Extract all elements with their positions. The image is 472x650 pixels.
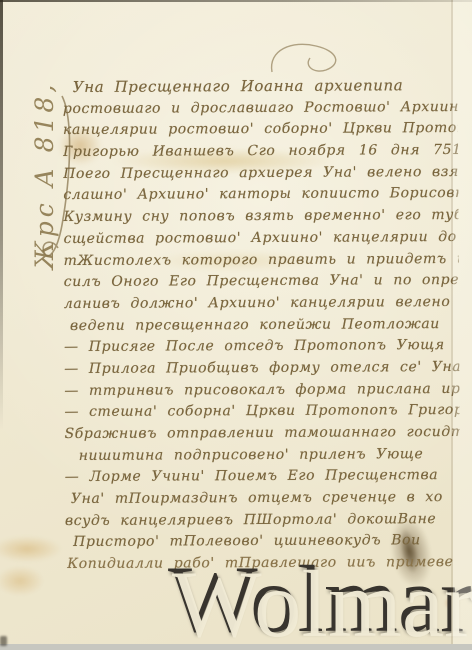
manuscript-photo: Жрс А 818, Уна Пресщеннаго Иоанна архиеп… (0, 0, 472, 650)
manuscript-text: Уна Пресщеннаго Иоанна архиепипа ростовш… (63, 75, 461, 576)
manuscript-line: слашно' Архиино' канторы копиисто Борисо… (63, 183, 458, 207)
manuscript-line: Уна Пресщеннаго Иоанна архиепипа (63, 75, 458, 99)
bleed-through-mark (0, 536, 62, 562)
manuscript-line: — стешна' соборна' Цркви Протопопъ Григо… (64, 400, 459, 424)
manuscript-line: сщейства ростовшо' Архиино' канцелярии д… (63, 227, 458, 251)
manuscript-line: силъ Оного Его Пресщенства Уна' и по опр… (64, 270, 459, 294)
manuscript-line: Присторо' тПолевово' цшиневокудъ Вои (65, 530, 460, 554)
manuscript-line: всудъ канцеляриевъ ПШортола' докошВане (65, 509, 460, 533)
manuscript-line: канцелярии ростовшо' соборно' Цркви Прот… (63, 118, 458, 142)
manuscript-line: ланивъ должно' Архиино' канцелярии велен… (64, 292, 459, 316)
paper-edge-top (0, 0, 472, 2)
manuscript-line: — Присяге После отседъ Протопопъ Ующя (64, 335, 459, 359)
paper-edge-right (453, 0, 472, 650)
manuscript-line: ведепи пресвщеннаго копейжи Пеотложаи (64, 314, 459, 338)
manuscript-line: Кузмину сну поповъ взять временно' его т… (63, 205, 458, 229)
scan-strip-bottom (0, 644, 472, 650)
paper-corner-spot (0, 636, 7, 646)
manuscript-line: нишитина подприсовено' приленъ Ующе (65, 444, 460, 468)
manuscript-line: тЖистолехъ которого править и приидетъ и… (64, 248, 459, 272)
manuscript-line: — Лорме Учини' Поиемъ Его Пресщенства (65, 465, 460, 489)
paper-edge-left (0, 0, 3, 430)
manuscript-line: Поего Пресщеннаго архиерея Уна' велено в… (63, 162, 458, 186)
manuscript-line: Григорью Иваншевъ Сго ноября 16 дня 751 … (63, 140, 458, 164)
manuscript-line: ростовшаго и дрославшаго Ростовшо' Архии… (63, 97, 458, 121)
marginal-note: Жрс А 818, (30, 50, 64, 300)
manuscript-line: — Прилога Приобщивъ форму отелся се' Уна… (64, 357, 459, 381)
manuscript-line: Ѕбражнивъ отправлении тамошаннаго госидт… (65, 422, 460, 446)
manuscript-line: Уна' тПоирмаздинъ отцемъ среченце в хо (65, 487, 460, 511)
manuscript-line: — ттринвиъ присовокалъ форма прислана ир… (64, 379, 459, 403)
manuscript-line: Копидиалли рабо' тПравлешаго ииъ примеве (65, 552, 460, 576)
bleed-through-mark (0, 566, 44, 596)
